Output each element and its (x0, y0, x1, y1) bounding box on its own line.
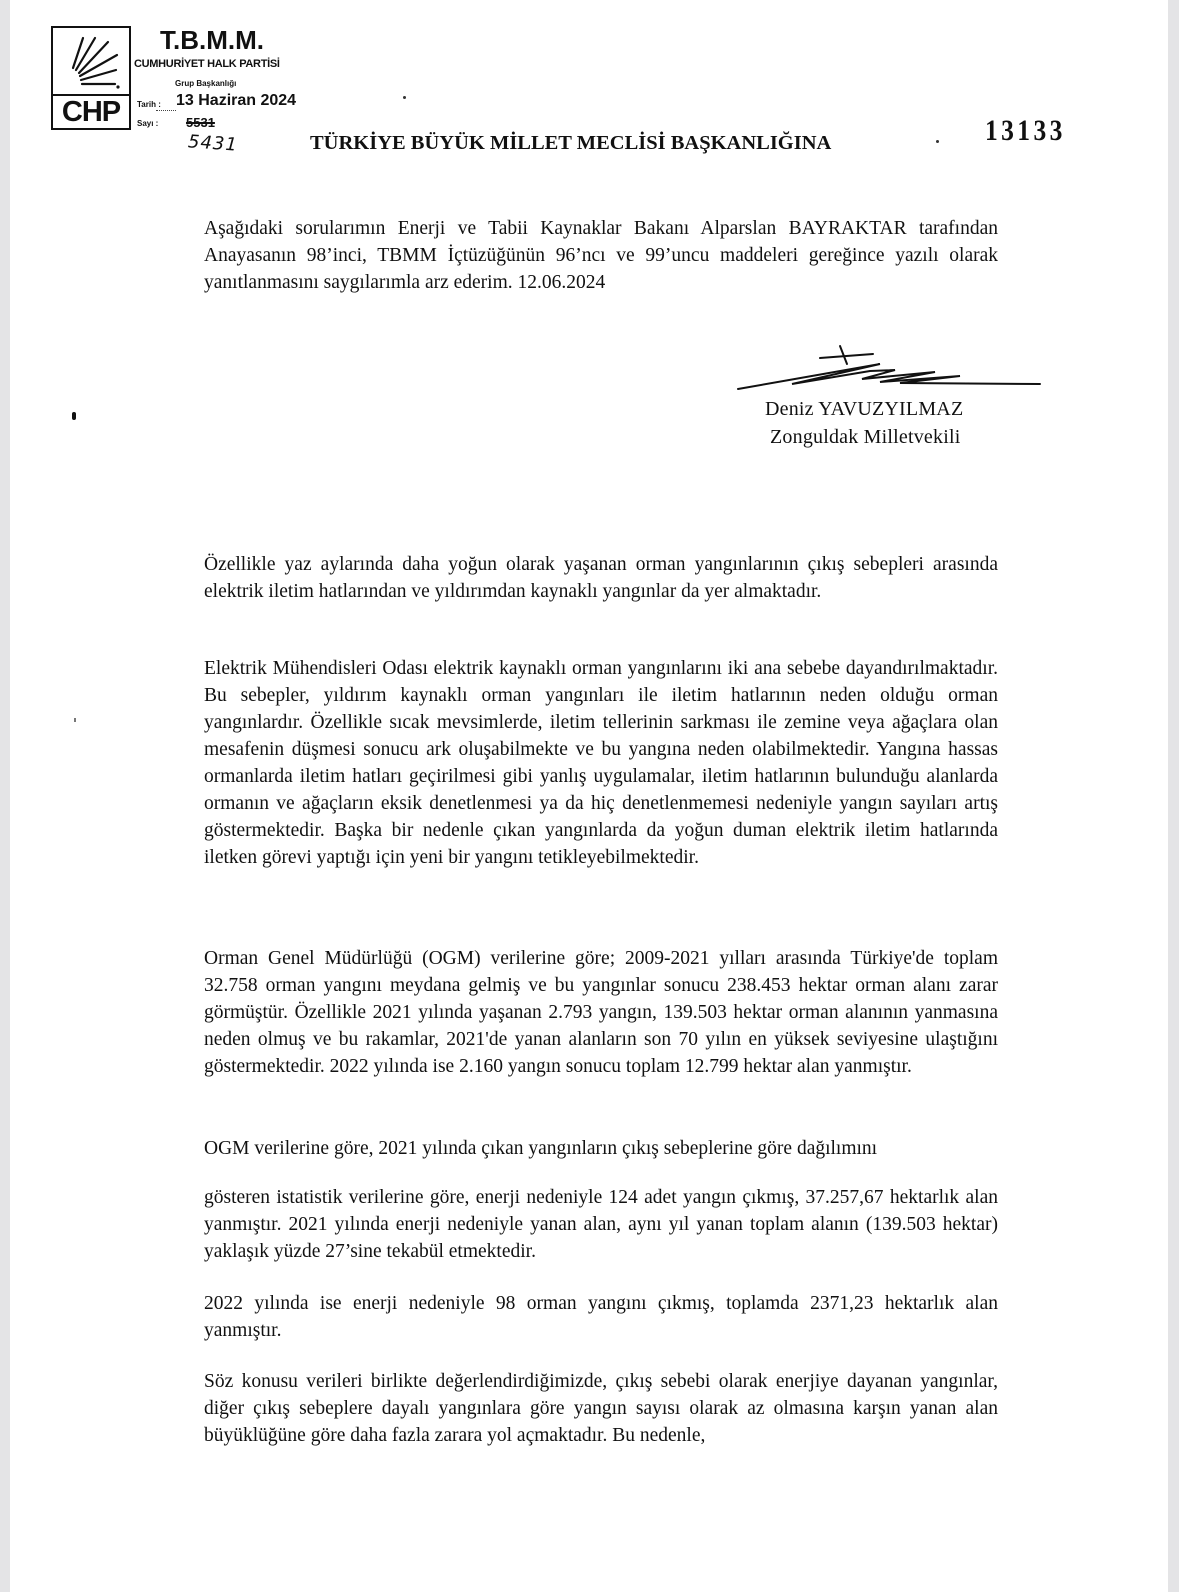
signatory-title: Zonguldak Milletvekili (770, 426, 960, 449)
document-page: CHP T.B.M.M. CUMHURİYET HALK PARTİSİ Gru… (10, 0, 1168, 1592)
margin-mark (74, 718, 76, 722)
chp-six-arrows-logo-icon (53, 28, 129, 96)
stamp-date: 13 Haziran 2024 (176, 92, 296, 110)
body-paragraph: gösteren istatistik verilerine göre, ene… (204, 1184, 998, 1265)
stamp-group: Grup Başkanlığı (175, 79, 236, 88)
addressee-heading: TÜRKİYE BÜYÜK MİLLET MECLİSİ BAŞKANLIĞIN… (310, 132, 831, 155)
party-abbreviation: CHP (53, 96, 129, 128)
stamp-number-struck: 5531 (186, 115, 215, 130)
body-paragraph: Orman Genel Müdürlüğü (OGM) verilerine g… (204, 945, 998, 1080)
stray-mark (403, 96, 406, 99)
margin-mark (72, 412, 76, 420)
intro-paragraph: Aşağıdaki sorularımın Enerji ve Tabii Ka… (204, 215, 998, 296)
stamp-number-label: Sayı : (137, 119, 158, 128)
body-paragraph: Özellikle yaz aylarında daha yoğun olara… (204, 551, 998, 605)
body-paragraph: Söz konusu verileri birlikte değerlendir… (204, 1368, 998, 1449)
stamp-institution: T.B.M.M. (160, 25, 264, 56)
body-paragraph: OGM verilerine göre, 2021 yılında çıkan … (204, 1135, 998, 1162)
chp-stamp-box: CHP (51, 26, 131, 130)
stamp-number-handwritten: 5431 (187, 131, 238, 155)
signatory-name: Deniz YAVUZYILMAZ (765, 398, 963, 421)
stamp-date-label: Tarih : (137, 100, 161, 109)
stamp-party-name: CUMHURİYET HALK PARTİSİ (134, 58, 280, 70)
document-number: 13133 (985, 114, 1066, 148)
body-paragraph: 2022 yılında ise enerji nedeniyle 98 orm… (204, 1290, 998, 1344)
body-paragraph: Elektrik Mühendisleri Odası elektrik kay… (204, 655, 998, 871)
stamp-date-dots (156, 110, 176, 111)
signature-icon (720, 342, 1050, 397)
stray-mark (936, 140, 939, 143)
